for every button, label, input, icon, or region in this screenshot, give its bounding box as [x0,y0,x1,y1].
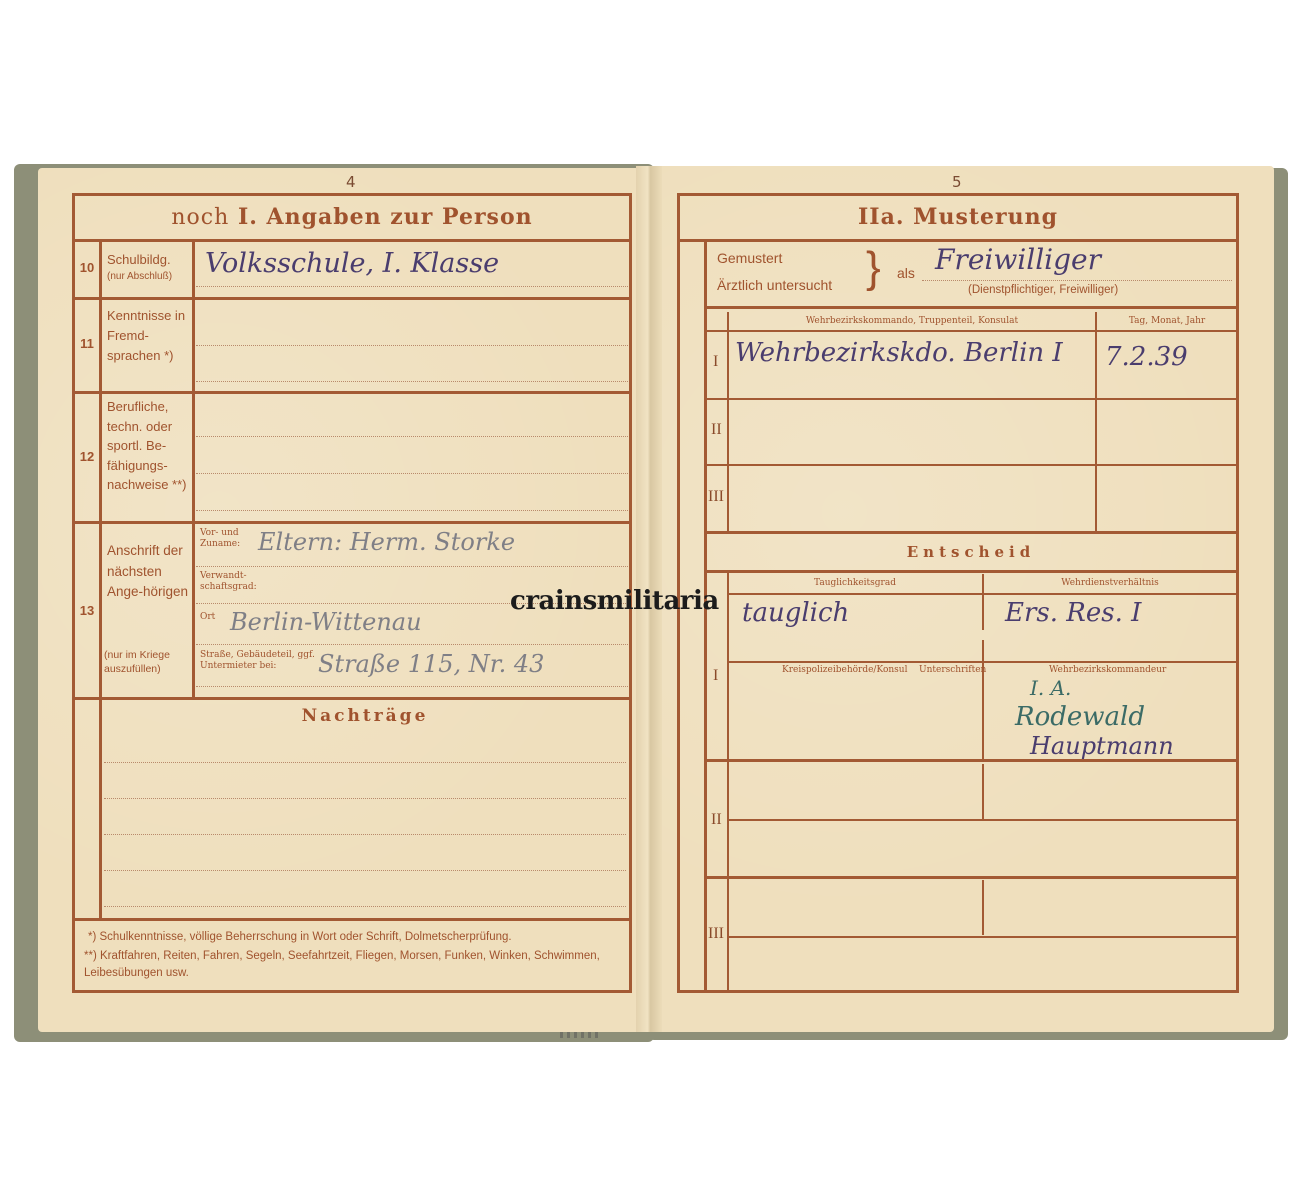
section-title-angaben: noch I. Angaben zur Person [75,204,629,230]
handwritten-verhaeltnis[interactable]: Ers. Res. I [1005,598,1141,628]
column-divider [982,640,984,760]
signature-name: Rodewald [1015,702,1145,732]
entry-line [104,906,626,907]
footnote-1: *) Schulkenntnisse, völlige Beherrschung… [88,930,618,944]
entry-line [922,280,1232,281]
row-label-schulbildung: Schulbildg. [107,252,171,268]
divider [727,593,1236,595]
divider [72,697,632,700]
entscheid-title: Entscheid [706,543,1236,561]
section-title-musterung: IIa. Musterung [680,204,1236,230]
row-roman-II: II [711,811,722,829]
divider [677,239,1239,242]
row-number: 10 [75,260,99,276]
row-number: 13 [75,603,99,619]
header-wehrdienstverhaeltnis: Wehrdienstverhältnis [985,578,1235,589]
column-divider [704,240,707,992]
entry-line [196,644,628,645]
row-sublabel: (nur Abschluß) [107,271,172,284]
handwritten-name[interactable]: Eltern: Herm. Storke [258,528,515,556]
entry-line [196,510,628,511]
column-divider [982,764,984,819]
divider [72,239,632,242]
footnote-2: **) Kraftfahren, Reiten, Fahren, Segeln,… [84,948,618,982]
handwritten-office[interactable]: Wehrbezirkskdo. Berlin I [735,338,1063,368]
row-roman-III: III [708,925,724,943]
row-label-befaehigung: Berufliche, techn. oder sportl. Be-fähig… [107,397,191,495]
label-wehrbezirkskommandeur: Wehrbezirkskommandeur [1049,665,1166,676]
page-number-left: 4 [346,173,356,191]
entry-line [104,834,626,835]
title-main: I. Angaben zur Person [238,204,533,230]
column-divider [727,312,729,531]
row-roman-I: I [713,667,718,685]
label-vorname: Vor- und Zuname: [200,528,242,550]
divider [706,306,1236,309]
entry-line [196,566,628,567]
entry-line [104,762,626,763]
label-aerztlich-untersucht: Ärztlich untersucht [717,277,832,295]
handwritten-schulbildung[interactable]: Volksschule, I. Klasse [205,248,499,279]
column-divider [982,880,984,935]
label-unterschriften: Unterschriften [919,665,986,676]
label-ort: Ort [200,612,215,623]
row-number: 12 [75,449,99,465]
entry-line [196,473,628,474]
divider [72,391,632,394]
title-prefix: noch [171,205,229,230]
signature-rank: Hauptmann [1030,732,1174,760]
handwritten-strasse[interactable]: Straße 115, Nr. 43 [318,650,544,678]
handwritten-tauglichkeit[interactable]: tauglich [742,598,849,628]
row-label-angehoerige: Anschrift der nächsten Ange-hörigen [107,541,191,603]
entry-line [196,381,628,382]
label-als: als [897,265,915,283]
divider [706,330,1236,332]
entry-line [196,345,628,346]
row-roman-II: II [711,421,722,439]
header-datum: Tag, Monat, Jahr [1098,316,1236,327]
divider [727,819,1236,821]
label-gemustert: Gemustert [717,250,782,268]
brace-icon: } [866,246,881,290]
watermark: crainsmilitaria [510,586,719,616]
divider [706,570,1236,573]
row-sublabel: (nur im Kriege auszufüllen) [104,648,194,676]
entry-line [196,686,628,687]
column-divider [982,574,984,630]
divider [706,531,1236,534]
label-kreispolizei: Kreispolizeibehörde/Konsul [782,665,907,676]
divider [706,759,1236,762]
divider [727,936,1236,938]
nachtraege-title: Nachträge [100,706,630,726]
page-number-right: 5 [952,173,962,191]
row-number: 11 [75,336,99,352]
column-divider [192,240,195,699]
column-divider [727,572,729,990]
header-wehrbezirkskommando: Wehrbezirkskommando, Truppenteil, Konsul… [730,316,1094,327]
divider [72,297,632,300]
label-verwandtschaft: Verwandt-schaftsgrad: [200,571,260,593]
divider [706,876,1236,879]
entry-line [104,870,626,871]
column-divider [99,240,102,920]
entry-line [104,798,626,799]
header-tauglichkeitsgrad: Tauglichkeitsgrad [730,578,980,589]
label-strasse: Straße, Gebäudeteil, ggf. Untermieter be… [200,650,315,672]
divider [706,398,1236,400]
divider [72,918,632,921]
divider [727,661,1236,663]
row-roman-I: I [713,353,718,371]
handwritten-ort[interactable]: Berlin-Wittenau [230,608,422,636]
divider [706,464,1236,466]
signature-ia: I. A. [1030,676,1071,700]
handwritten-date[interactable]: 7.2.39 [1105,342,1188,372]
entry-line [196,286,628,287]
handwritten-als[interactable]: Freiwilliger [935,243,1101,276]
als-hint: (Dienstpflichtiger, Freiwilliger) [968,283,1118,297]
column-divider [1095,312,1097,531]
row-roman-III: III [708,488,724,506]
divider [72,521,632,524]
row-label-fremdsprachen: Kenntnisse in Fremd-sprachen *) [107,306,191,366]
entry-line [196,436,628,437]
